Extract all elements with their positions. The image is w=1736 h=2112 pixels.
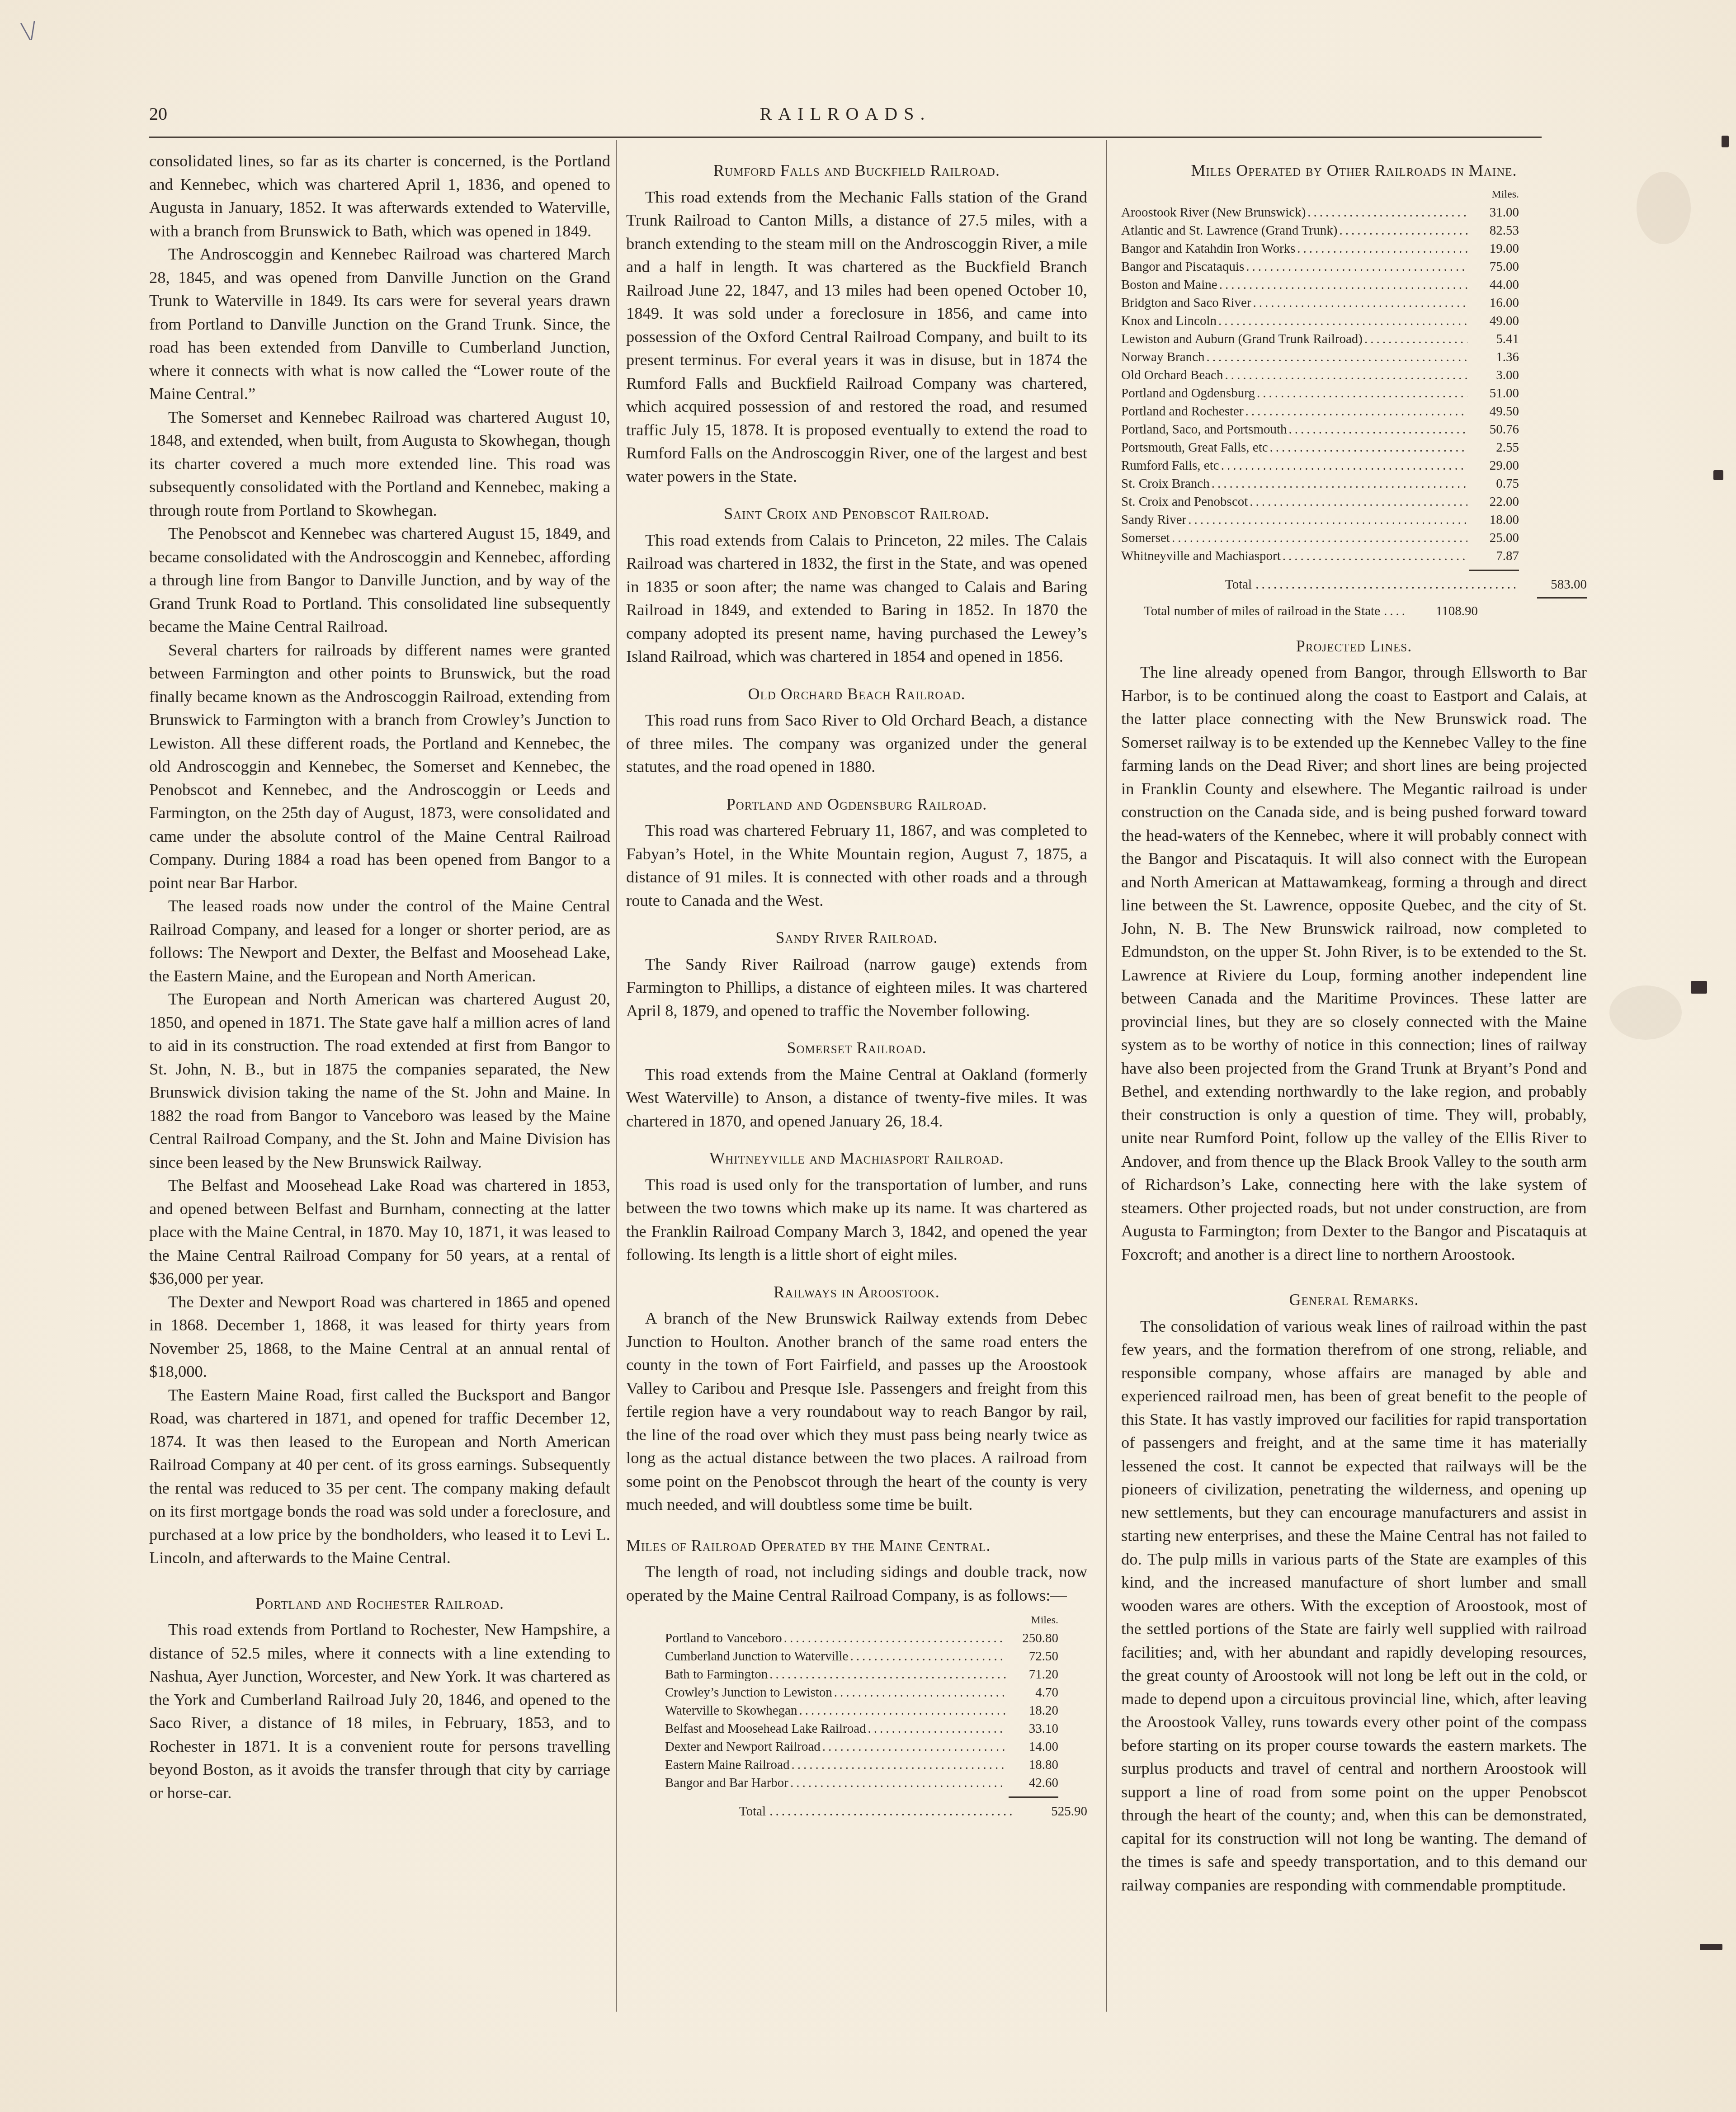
- column-2: Rumford Falls and Buckfield Railroad. Th…: [626, 149, 1087, 1820]
- table-row: Atlantic and St. Lawrence (Grand Trunk)8…: [1121, 222, 1519, 240]
- paragraph: This road is used only for the transport…: [626, 1173, 1087, 1266]
- table-row: Old Orchard Beach3.00: [1121, 366, 1519, 384]
- paragraph: The consolidation of various weak lines …: [1121, 1315, 1587, 1897]
- section-heading-old-orchard: Old Orchard Beach Railroad.: [626, 683, 1087, 706]
- paragraph: This road extends from the Maine Central…: [626, 1063, 1087, 1133]
- table-row: Somerset25.00: [1121, 529, 1519, 547]
- paragraph: The length of road, not including siding…: [626, 1560, 1087, 1607]
- column-3: Miles Operated by Other Railroads in Mai…: [1121, 149, 1587, 1896]
- column-divider: [616, 140, 617, 2012]
- other-railroads-total: 583.00: [1519, 575, 1587, 594]
- section-heading-saint-croix: Saint Croix and Penobscot Railroad.: [626, 502, 1087, 526]
- paragraph: This road extends from Calais to Princet…: [626, 528, 1087, 668]
- table-row: Rumford Falls, etc29.00: [1121, 457, 1519, 475]
- paper-stain: [1637, 172, 1691, 244]
- paragraph: This road runs from Saco River to Old Or…: [626, 708, 1087, 778]
- section-heading-general-remarks: General Remarks.: [1121, 1288, 1587, 1312]
- scanned-page: \/ 20 RAILROADS. consolidated lines, so …: [0, 0, 1736, 2112]
- running-title: RAILROADS.: [149, 103, 1542, 124]
- column-header-miles: Miles.: [665, 1611, 1058, 1629]
- column-divider: [1106, 140, 1107, 2012]
- paragraph: The Penobscot and Kennebec was chartered…: [149, 522, 610, 638]
- table-row: Portsmouth, Great Falls, etc2.55: [1121, 438, 1519, 457]
- paragraph: The Dexter and Newport Road was chartere…: [149, 1290, 610, 1383]
- table-row: Sandy River18.00: [1121, 511, 1519, 529]
- paragraph: This road extends from the Mechanic Fall…: [626, 185, 1087, 488]
- edge-tab-mark: [1713, 470, 1723, 480]
- section-heading-other-railroads: Miles Operated by Other Railroads in Mai…: [1121, 159, 1587, 183]
- state-total-row: Total number of miles of railroad in the…: [1121, 602, 1587, 620]
- paragraph: The Somerset and Kennebec Railroad was c…: [149, 405, 610, 522]
- table-row: Cumberland Junction to Waterville72.50: [665, 1647, 1058, 1665]
- other-railroads-miles-table: Miles. Aroostook River (New Brunswick)31…: [1121, 185, 1519, 571]
- sum-rule: [1469, 570, 1519, 571]
- table-row: Dexter and Newport Railroad14.00: [665, 1738, 1058, 1756]
- section-heading-aroostook: Railways in Aroostook.: [626, 1281, 1087, 1304]
- paragraph: The leased roads now under the control o…: [149, 894, 610, 987]
- column-header-miles: Miles.: [1121, 185, 1519, 203]
- paragraph: The line already opened from Bangor, thr…: [1121, 660, 1587, 1266]
- table-row: Bangor and Bar Harbor42.60: [665, 1774, 1058, 1792]
- table-row: Eastern Maine Railroad18.80: [665, 1756, 1058, 1774]
- paragraph: A branch of the New Brunswick Railway ex…: [626, 1306, 1087, 1516]
- paragraph: The Sandy River Railroad (narrow gauge) …: [626, 952, 1087, 1023]
- sum-rule: [1537, 597, 1587, 599]
- table-row: Portland and Ogdensburg51.00: [1121, 384, 1519, 402]
- table-row: Knox and Lincoln49.00: [1121, 312, 1519, 330]
- table-row: Portland and Rochester49.50: [1121, 402, 1519, 420]
- section-heading-projected-lines: Projected Lines.: [1121, 635, 1587, 658]
- section-heading-maine-central-miles: Miles of Railroad Operated by the Maine …: [626, 1534, 1087, 1558]
- corner-annotation: \/: [19, 14, 39, 48]
- section-heading-sandy-river: Sandy River Railroad.: [626, 926, 1087, 950]
- paragraph: The Eastern Maine Road, first called the…: [149, 1383, 610, 1570]
- table-row: Bangor and Katahdin Iron Works19.00: [1121, 240, 1519, 258]
- edge-tab-mark: [1700, 1944, 1722, 1950]
- column-1: consolidated lines, so far as its charte…: [149, 149, 610, 1804]
- table-row: Boston and Maine44.00: [1121, 276, 1519, 294]
- table-row: Belfast and Moosehead Lake Railroad33.10: [665, 1720, 1058, 1738]
- section-heading-portland-rochester: Portland and Rochester Railroad.: [149, 1592, 610, 1616]
- header-rule: [149, 137, 1542, 138]
- page-header: 20 RAILROADS.: [149, 103, 1542, 135]
- table-row: Bath to Farmington71.20: [665, 1665, 1058, 1683]
- edge-tab-mark: [1691, 981, 1707, 994]
- table-row: Crowley’s Junction to Lewiston4.70: [665, 1683, 1058, 1702]
- paragraph: Several charters for railroads by differ…: [149, 638, 610, 895]
- paper-stain: [1609, 985, 1682, 1040]
- edge-tab-mark: [1722, 136, 1729, 147]
- paragraph: This road extends from Portland to Roche…: [149, 1618, 610, 1804]
- other-railroads-total-row: Total 583.00: [1121, 575, 1587, 594]
- maine-central-miles-table: Miles. Portland to Vanceboro250.80 Cumbe…: [626, 1611, 1058, 1798]
- section-heading-rumford-falls: Rumford Falls and Buckfield Railroad.: [626, 159, 1087, 183]
- maine-central-total: 525.90: [1019, 1802, 1087, 1820]
- table-row: Aroostook River (New Brunswick)31.00: [1121, 203, 1519, 222]
- table-row: Bridgton and Saco River16.00: [1121, 294, 1519, 312]
- table-row: Portland to Vanceboro250.80: [665, 1629, 1058, 1647]
- section-heading-portland-ogdensburg: Portland and Ogdensburg Railroad.: [626, 793, 1087, 816]
- section-heading-somerset: Somerset Railroad.: [626, 1037, 1087, 1060]
- table-row: Portland, Saco, and Portsmouth50.76: [1121, 420, 1519, 438]
- table-row: St. Croix and Penobscot22.00: [1121, 493, 1519, 511]
- table-row: Waterville to Skowhegan18.20: [665, 1702, 1058, 1720]
- table-row: Bangor and Piscataquis75.00: [1121, 258, 1519, 276]
- paragraph: consolidated lines, so far as its charte…: [149, 149, 610, 242]
- maine-central-total-row: Total 525.90: [626, 1802, 1087, 1820]
- table-row: Norway Branch1.36: [1121, 348, 1519, 366]
- paragraph: The Belfast and Moosehead Lake Road was …: [149, 1174, 610, 1290]
- paragraph: This road was chartered February 11, 186…: [626, 819, 1087, 912]
- paragraph: The Androscoggin and Kennebec Railroad w…: [149, 242, 610, 405]
- paragraph: The European and North American was char…: [149, 987, 610, 1174]
- sum-rule: [1009, 1796, 1058, 1798]
- table-row: Whitneyville and Machiasport7.87: [1121, 547, 1519, 565]
- table-row: St. Croix Branch0.75: [1121, 475, 1519, 493]
- section-heading-whitneyville: Whitneyville and Machiasport Railroad.: [626, 1147, 1087, 1170]
- table-row: Lewiston and Auburn (Grand Trunk Railroa…: [1121, 330, 1519, 348]
- state-total: 1108.90: [1410, 602, 1478, 620]
